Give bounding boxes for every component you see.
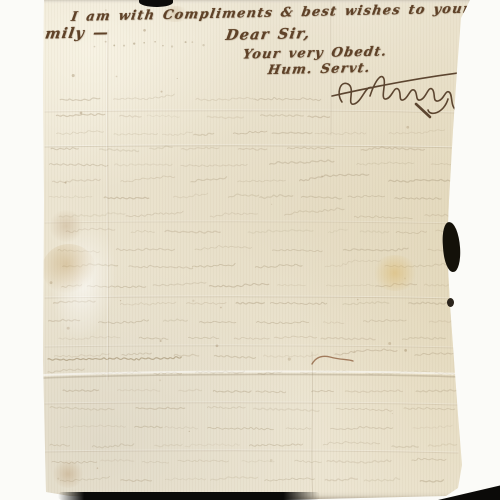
letter-paper: I am with Compliments & best wishes to y… [0,0,500,500]
black-band-bottom-edge [58,492,320,500]
signature-flourish [330,64,478,120]
black-dot-right-edge [447,298,454,307]
stain-left [42,244,96,294]
stain-bottom-left [52,460,84,488]
stain-right-yellow [372,255,418,291]
photo-stage: I am with Compliments & best wishes to y… [0,0,500,500]
letter-salutation: Dear Sir, [225,25,312,44]
letter-closing-carryover: Family — [23,24,111,43]
letter-valediction-line-1: Your very Obedt. [242,44,389,62]
stain-left-upper [48,210,84,242]
